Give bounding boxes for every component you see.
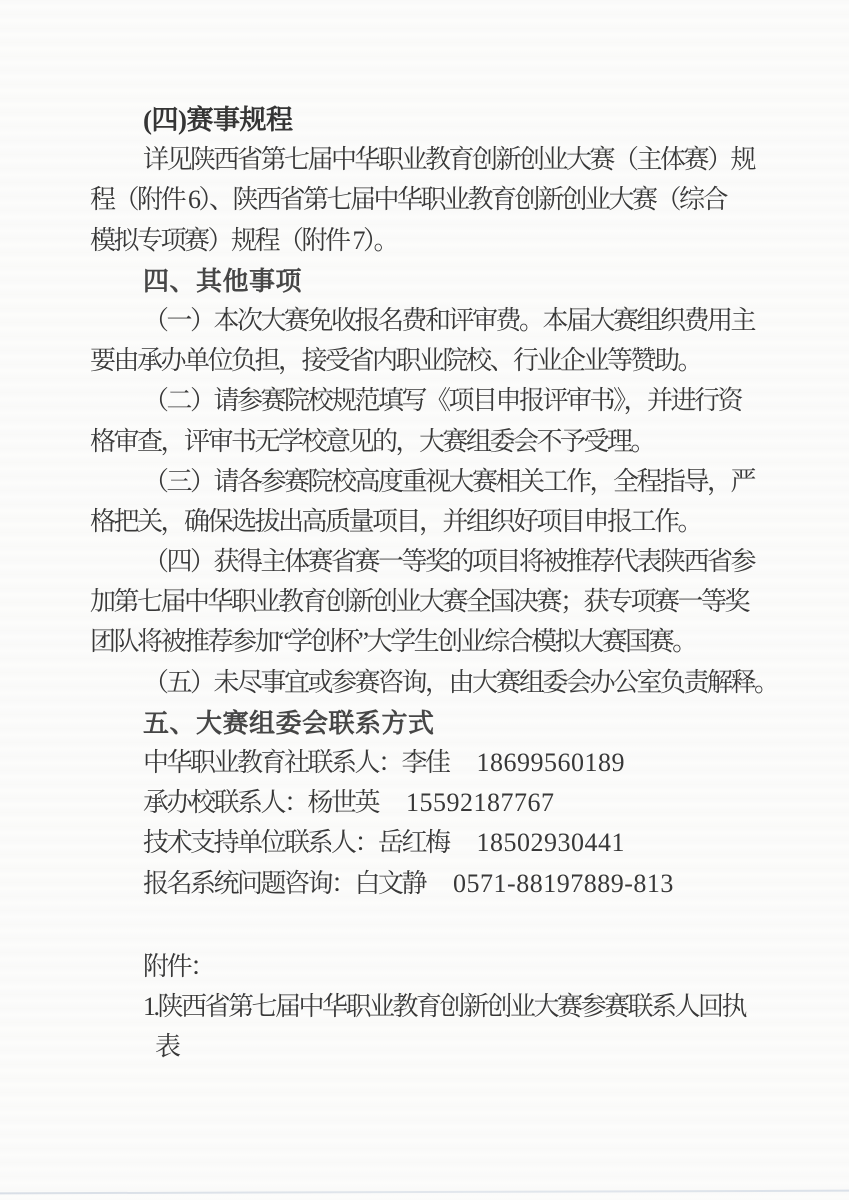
contact-person-name: 白文静 [355,869,426,898]
attachment-item-1-line-2: 表 [90,1027,849,1067]
attachments-section: 附件： 1.陕西省第七届中华职业教育创新创业大赛参赛联系人回执 表 [90,947,849,1068]
contact-phone-number: 0571-88197889-813 [453,869,674,898]
section-heading-committee-contacts: 五、大赛组委会联系方式 [90,703,849,743]
attachments-label: 附件： [90,947,849,987]
contact-label: 报名系统问题咨询： [143,869,355,898]
section-heading-other-matters: 四、其他事项 [90,261,849,301]
other-matters-item4-line-3: 团队将被推荐参加“学创杯”大学生创业综合模拟大赛国赛。 [90,622,849,662]
other-matters-item5-line-1: （五）未尽事宜或参赛咨询，由大赛组委会办公室负责解释。 [90,663,849,703]
other-matters-item1-line-2: 要由承办单位负担，接受省内职业院校、行业企业等赞助。 [90,341,849,381]
contact-label: 技术支持单位联系人： [143,828,378,857]
contact-person-name: 李佳 [402,748,449,777]
page-bottom-scan-edge [0,1190,849,1195]
rules-paragraph-line-3: 模拟专项赛）规程（附件 7）。 [90,221,849,261]
contact-person-name: 岳红梅 [378,828,449,857]
other-matters-item1-line-1: （一）本次大赛免收报名费和评审费。本届大赛组织费用主 [90,301,849,341]
subsection-heading-event-rules: (四)赛事规程 [90,100,849,140]
contact-row-zhonghua-society: 中华职业教育社联系人：李佳18699560189 [90,743,849,783]
contact-phone-number: 18502930441 [477,828,626,857]
document-content: (四)赛事规程 详见陕西省第七届中华职业教育创新创业大赛（主体赛）规 程（附件 … [0,0,849,1067]
contact-phone-number: 15592187767 [406,788,555,817]
document-page: (四)赛事规程 详见陕西省第七届中华职业教育创新创业大赛（主体赛）规 程（附件 … [0,0,849,1200]
contact-row-registration-support: 报名系统问题咨询：白文静0571-88197889-813 [90,864,849,904]
other-matters-item2-line-1: （二）请参赛院校规范填写《项目申报评审书》，并进行资 [90,381,849,421]
other-matters-item2-line-2: 格审查，评审书无学校意见的，大赛组委会不予受理。 [90,422,849,462]
contact-row-tech-support: 技术支持单位联系人：岳红梅18502930441 [90,823,849,863]
contact-row-host-school: 承办校联系人：杨世英15592187767 [90,783,849,823]
rules-paragraph-line-2: 程（附件 6）、陕西省第七届中华职业教育创新创业大赛（综合 [90,180,849,220]
other-matters-item3-line-1: （三）请各参赛院校高度重视大赛相关工作，全程指导，严 [90,462,849,502]
other-matters-item4-line-2: 加第七届中华职业教育创新创业大赛全国决赛；获专项赛一等奖 [90,582,849,622]
rules-paragraph-line-1: 详见陕西省第七届中华职业教育创新创业大赛（主体赛）规 [90,140,849,180]
other-matters-item4-line-1: （四）获得主体赛省赛一等奖的项目将被推荐代表陕西省参 [90,542,849,582]
contact-label: 承办校联系人： [143,788,308,817]
contact-label: 中华职业教育社联系人： [143,748,402,777]
attachment-item-1-line-1: 1.陕西省第七届中华职业教育创新创业大赛参赛联系人回执 [90,987,849,1027]
contact-person-name: 杨世英 [308,788,379,817]
contact-phone-number: 18699560189 [477,748,626,777]
other-matters-item3-line-2: 格把关，确保选拔出高质量项目，并组织好项目申报工作。 [90,502,849,542]
